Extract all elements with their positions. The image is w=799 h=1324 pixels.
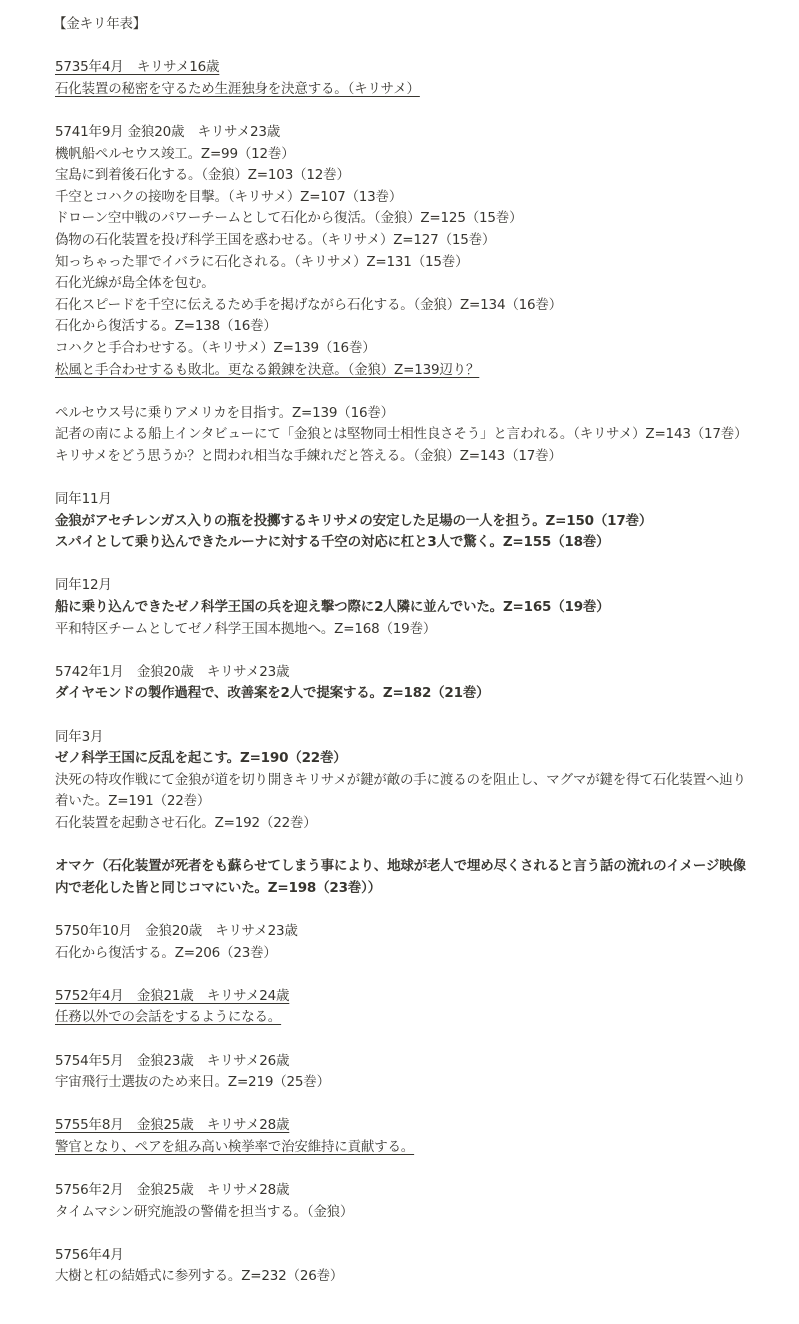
entry-event-line: 宇宙飛行士選抜のため来日。Z=219（25巻） <box>55 1072 755 1094</box>
entry-event-line: 石化スピードを千空に伝えるため手を掲げながら石化する。（金狼）Z=134（16巻… <box>55 295 755 317</box>
timeline-entry: 5754年5月 金狼23歳 キリサメ26歳宇宙飛行士選抜のため来日。Z=219（… <box>55 1051 755 1094</box>
block-spacer <box>55 1094 755 1116</box>
entry-event-line: 石化装置を起動させ石化。Z=192（22巻） <box>55 813 755 835</box>
entry-event-line: 宝島に到着後石化する。（金狼）Z=103（12巻） <box>55 165 755 187</box>
block-spacer <box>55 964 755 986</box>
entry-event-line: 石化から復活する。Z=206（23巻） <box>55 943 755 965</box>
entry-date-heading: 5750年10月 金狼20歳 キリサメ23歳 <box>55 921 755 943</box>
entry-event-line: ダイヤモンドの製作過程で、改善案を2人で提案する。Z=182（21巻） <box>55 683 755 705</box>
block-spacer <box>55 554 755 576</box>
entry-event-line: 決死の特攻作戦にて金狼が道を切り開きキリサメが鍵が敵の手に渡るのを阻止し、マグマ… <box>55 770 755 813</box>
entry-event-line: スパイとして乗り込んできたルーナに対する千空の対応に杠と3人で驚く。Z=155（… <box>55 532 755 554</box>
entry-date-heading: 5756年2月 金狼25歳 キリサメ28歳 <box>55 1180 755 1202</box>
timeline-entry: ペルセウス号に乗りアメリカを目指す。Z=139（16巻）記者の南による船上インタ… <box>55 403 755 468</box>
entry-date-heading: 5756年4月 <box>55 1245 755 1267</box>
entry-event-line: 石化から復活する。Z=138（16巻） <box>55 316 755 338</box>
entry-date-heading: 5741年9月 金狼20歳 キリサメ23歳 <box>55 122 755 144</box>
timeline-entry: 同年12月船に乗り込んできたゼノ科学王国の兵を迎え撃つ際に2人隣に並んでいた。Z… <box>55 575 755 640</box>
entry-event-line: 千空とコハクの接吻を目撃。（キリサメ）Z=107（13巻） <box>55 187 755 209</box>
block-spacer <box>55 381 755 403</box>
entry-date-heading: 5754年5月 金狼23歳 キリサメ26歳 <box>55 1051 755 1073</box>
entry-event-line: 石化装置の秘密を守るため生涯独身を決意する。（キリサメ） <box>55 79 755 101</box>
entry-event-line: 警官となり、ペアを組み高い検挙率で治安維持に貢献する。 <box>55 1137 755 1159</box>
timeline-entry: 5742年1月 金狼20歳 キリサメ23歳ダイヤモンドの製作過程で、改善案を2人… <box>55 662 755 705</box>
entry-event-line: 松風と手合わせするも敗北。更なる鍛錬を決意。（金狼）Z=139辺り？ <box>55 360 755 382</box>
timeline-entry: 5735年4月 キリサメ16歳石化装置の秘密を守るため生涯独身を決意する。（キリ… <box>55 57 755 100</box>
block-spacer <box>55 899 755 921</box>
timeline-entry: 5752年4月 金狼21歳 キリサメ24歳任務以外での会話をするようになる。 <box>55 986 755 1029</box>
timeline-entry: オマケ（石化装置が死者をも蘇らせてしまう事により、地球が老人で埋め尽くされると言… <box>55 856 755 899</box>
entry-event-line: 金狼がアセチレンガス入りの瓶を投擲するキリサメの安定した足場の一人を担う。Z=1… <box>55 511 755 533</box>
entry-date-heading: 5742年1月 金狼20歳 キリサメ23歳 <box>55 662 755 684</box>
timeline-blocks: 5735年4月 キリサメ16歳石化装置の秘密を守るため生涯独身を決意する。（キリ… <box>55 36 755 1288</box>
timeline-entry: 5756年2月 金狼25歳 キリサメ28歳タイムマシン研究施設の警備を担当する。… <box>55 1180 755 1223</box>
block-spacer <box>55 640 755 662</box>
entry-date-heading: 5735年4月 キリサメ16歳 <box>55 57 755 79</box>
entry-date-heading: 同年12月 <box>55 575 755 597</box>
entry-event-line: オマケ（石化装置が死者をも蘇らせてしまう事により、地球が老人で埋め尽くされると言… <box>55 856 755 899</box>
entry-event-line: 石化光線が島全体を包む。 <box>55 273 755 295</box>
timeline-entry: 5755年8月 金狼25歳 キリサメ28歳警官となり、ペアを組み高い検挙率で治安… <box>55 1115 755 1158</box>
entry-date-heading: 5755年8月 金狼25歳 キリサメ28歳 <box>55 1115 755 1137</box>
entry-event-line: ペルセウス号に乗りアメリカを目指す。Z=139（16巻） <box>55 403 755 425</box>
entry-event-line: 記者の南による船上インタビューにて「金狼とは堅物同士相性良さそう」と言われる。（… <box>55 424 755 446</box>
timeline-entry: 同年3月ゼノ科学王国に反乱を起こす。Z=190（22巻）決死の特攻作戦にて金狼が… <box>55 727 755 835</box>
entry-date-heading: 同年11月 <box>55 489 755 511</box>
entry-event-line: コハクと手合わせする。（キリサメ）Z=139（16巻） <box>55 338 755 360</box>
entry-event-line: 知っちゃった罪でイバラに石化される。（キリサメ）Z=131（15巻） <box>55 252 755 274</box>
block-spacer <box>55 705 755 727</box>
entry-date-heading: 5752年4月 金狼21歳 キリサメ24歳 <box>55 986 755 1008</box>
entry-event-line: 平和特区チームとしてゼノ科学王国本拠地へ。Z=168（19巻） <box>55 619 755 641</box>
entry-event-line: 大樹と杠の結婚式に参列する。Z=232（26巻） <box>55 1266 755 1288</box>
timeline-entry: 5750年10月 金狼20歳 キリサメ23歳石化から復活する。Z=206（23巻… <box>55 921 755 964</box>
block-spacer <box>55 835 755 857</box>
entry-event-line: 機帆船ペルセウス竣工。Z=99（12巻） <box>55 144 755 166</box>
block-spacer <box>55 36 755 58</box>
entry-event-line: キリサメをどう思うか？と問われ相当な手練れだと答える。（金狼）Z=143（17巻… <box>55 446 755 468</box>
timeline-entry: 5756年4月大樹と杠の結婚式に参列する。Z=232（26巻） <box>55 1245 755 1288</box>
entry-event-line: ドローン空中戦のパワーチームとして石化から復活。（金狼）Z=125（15巻） <box>55 208 755 230</box>
block-spacer <box>55 100 755 122</box>
entry-event-line: 任務以外での会話をするようになる。 <box>55 1007 755 1029</box>
timeline-document: 【金キリ年表】 5735年4月 キリサメ16歳石化装置の秘密を守るため生涯独身を… <box>55 14 755 1288</box>
entry-event-line: タイムマシン研究施設の警備を担当する。（金狼） <box>55 1202 755 1224</box>
entry-event-line: ゼノ科学王国に反乱を起こす。Z=190（22巻） <box>55 748 755 770</box>
entry-event-line: 偽物の石化装置を投げ科学王国を惑わせる。（キリサメ）Z=127（15巻） <box>55 230 755 252</box>
block-spacer <box>55 1158 755 1180</box>
timeline-entry: 同年11月金狼がアセチレンガス入りの瓶を投擲するキリサメの安定した足場の一人を担… <box>55 489 755 554</box>
entry-date-heading: 同年3月 <box>55 727 755 749</box>
block-spacer <box>55 467 755 489</box>
document-title: 【金キリ年表】 <box>53 14 755 36</box>
block-spacer <box>55 1223 755 1245</box>
entry-event-line: 船に乗り込んできたゼノ科学王国の兵を迎え撃つ際に2人隣に並んでいた。Z=165（… <box>55 597 755 619</box>
block-spacer <box>55 1029 755 1051</box>
timeline-entry: 5741年9月 金狼20歳 キリサメ23歳機帆船ペルセウス竣工。Z=99（12巻… <box>55 122 755 381</box>
